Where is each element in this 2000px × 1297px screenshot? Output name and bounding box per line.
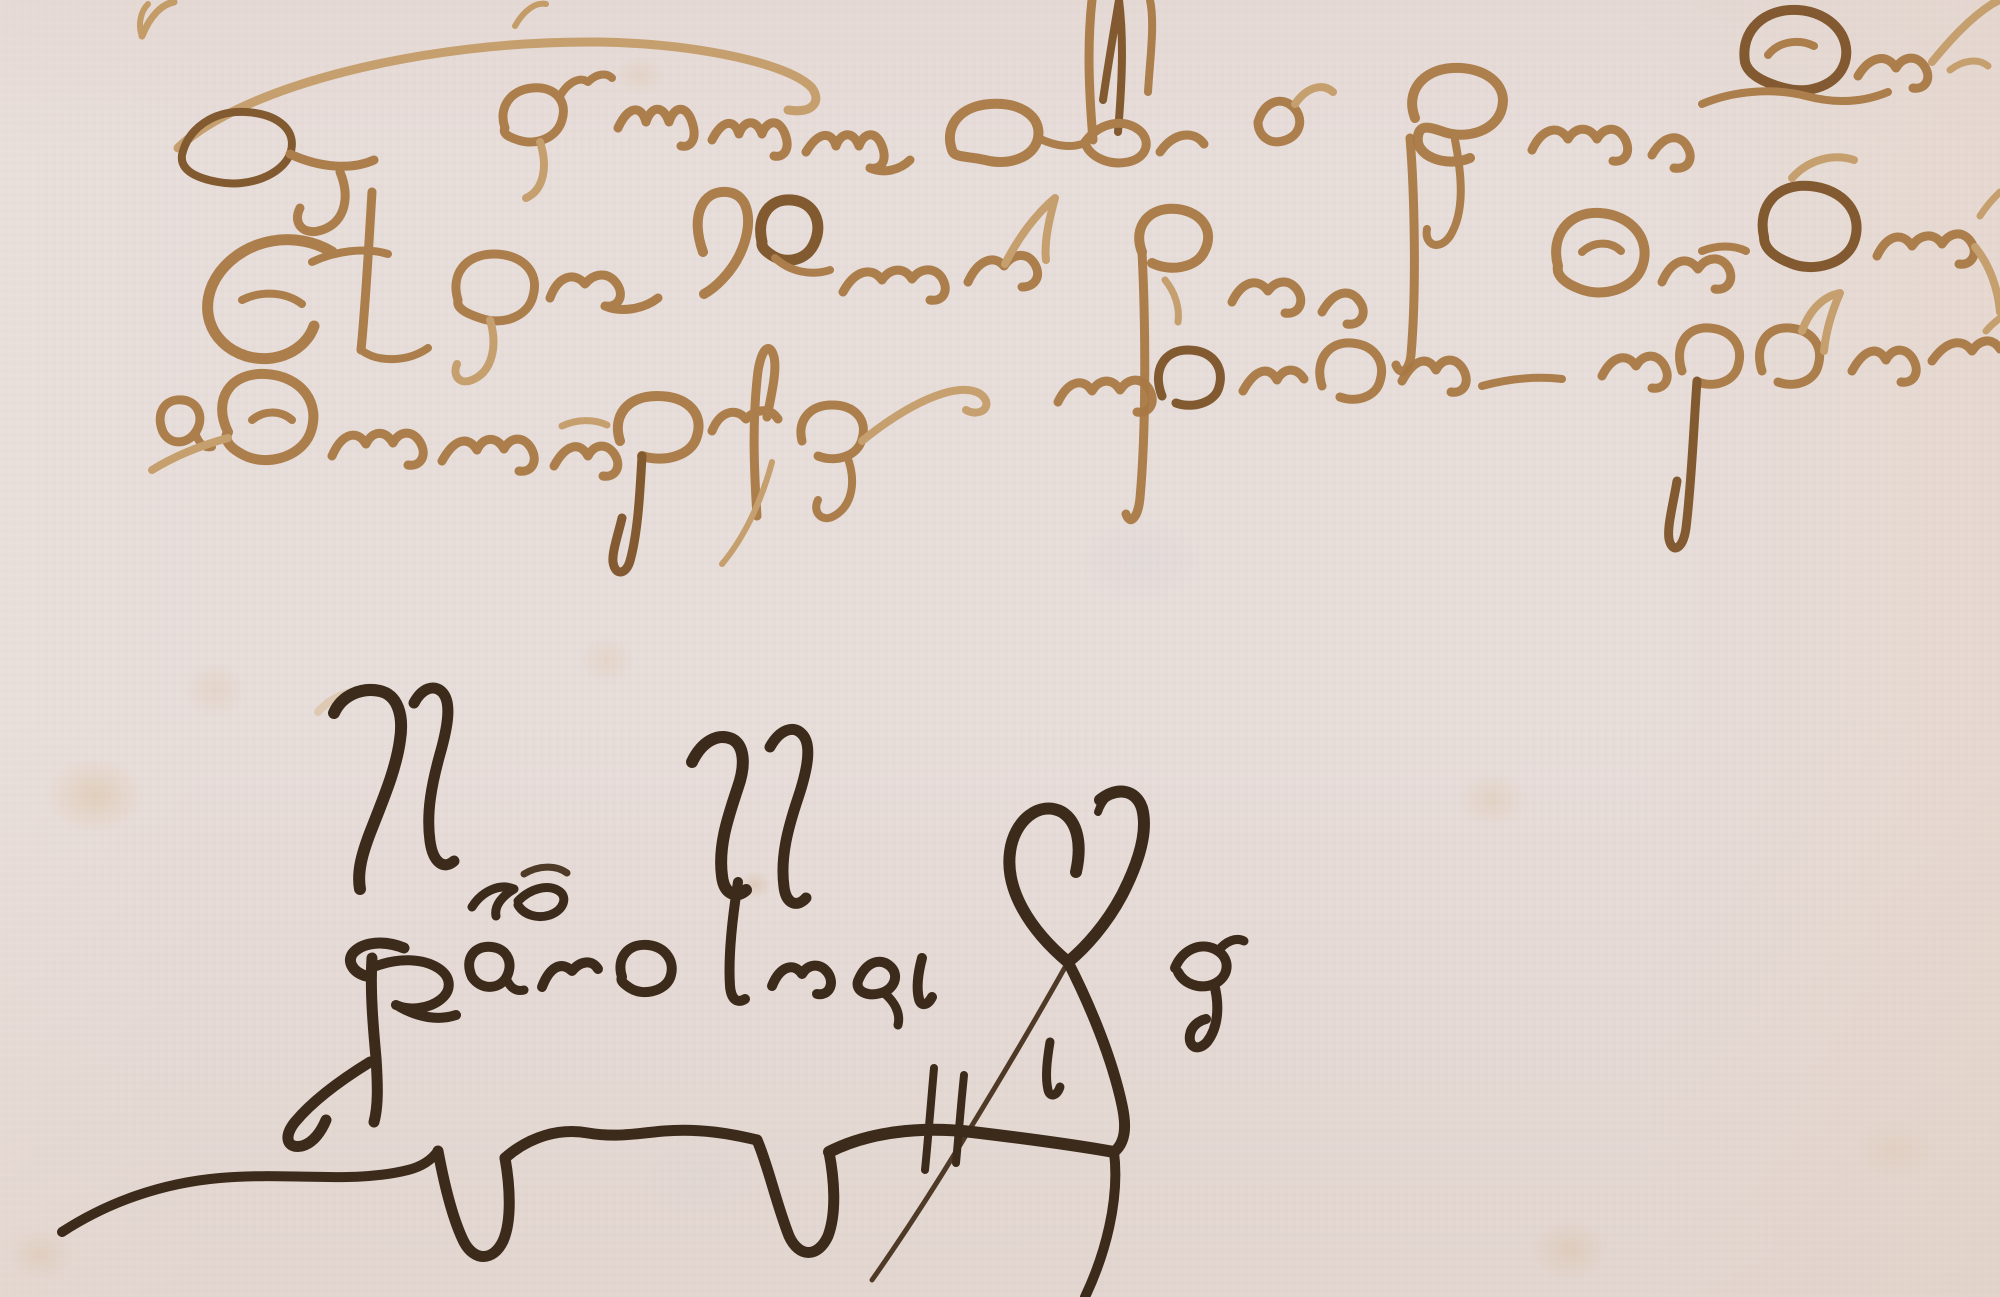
signature-paraph: calligraphic rubric: long wavy underline…: [62, 790, 1144, 1297]
manuscript-artwork: cropped ascender and flourish strokes of…: [0, 0, 2000, 1297]
top-edge-fragments: cropped ascender and flourish strokes of…: [140, 2, 546, 36]
signature-karolus: Karolus: [288, 688, 1244, 1147]
manuscript-scan-page: cropped ascender and flourish strokes of…: [0, 0, 2000, 1297]
text-line-2: faded cursive line, approx: 'Et quod lib…: [208, 138, 2000, 520]
text-line-1: faded cursive line, approx: '… mo postqu…: [178, 0, 2000, 245]
text-line-3: faded cursive line, approx: 'annum postq…: [152, 293, 2000, 572]
